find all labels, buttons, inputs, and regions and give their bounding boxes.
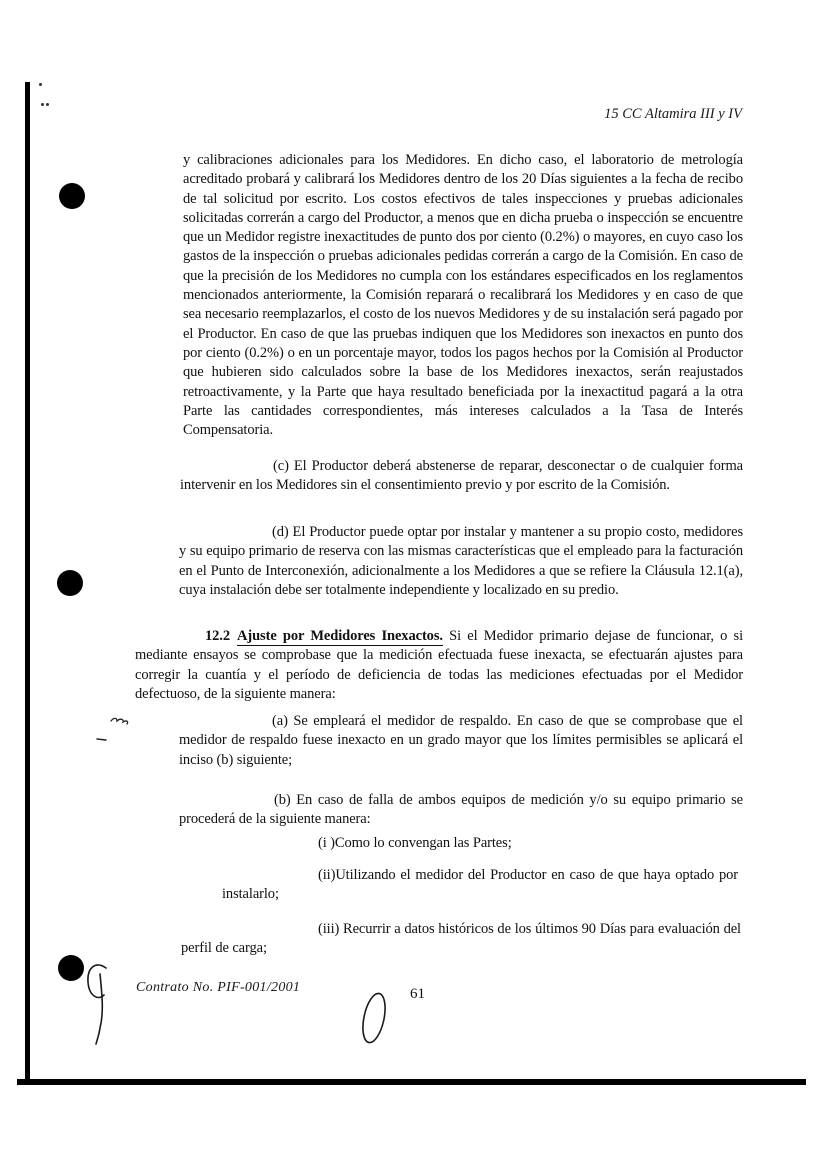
scan-speck [41, 103, 44, 106]
scan-bottom-border-line [17, 1079, 806, 1085]
clause-title: Ajuste por Medidores Inexactos. [237, 628, 443, 646]
paragraph-item-d: (d) El Productor puede optar por instala… [179, 523, 743, 600]
paragraph-item-iii: (iii) Recurrir a datos históricos de los… [181, 920, 741, 959]
handwritten-squiggle-mark [111, 718, 128, 724]
scanned-contract-page: 15 CC Altamira III y IV y calibraciones … [0, 0, 828, 1169]
punch-hole-mark [57, 570, 83, 596]
footer-page-number: 61 [410, 986, 425, 1003]
paragraph-continuation: y calibraciones adicionales para los Med… [183, 151, 743, 440]
handwritten-g-scribble-mark [88, 965, 106, 1044]
footer-contract-number: Contrato No. PIF-001/2001 [136, 980, 300, 996]
paragraph-item-c: (c) El Productor deberá abstenerse de re… [180, 457, 743, 496]
clause-number: 12.2 [205, 628, 230, 644]
clause-12-2-paragraph: 12.2Ajuste por Medidores Inexactos. Si e… [135, 627, 743, 704]
scan-speck [46, 103, 49, 106]
paragraph-item-a: (a) Se empleará el medidor de respaldo. … [179, 712, 743, 770]
scan-left-border-line [25, 82, 30, 1085]
paragraph-item-ii: (ii)Utilizando el medidor del Productor … [222, 866, 738, 905]
handwritten-oval-loop-mark [359, 991, 389, 1044]
punch-hole-mark [58, 955, 84, 981]
punch-hole-mark [59, 183, 85, 209]
scan-speck [39, 83, 42, 86]
paragraph-item-b: (b) En caso de falla de ambos equipos de… [179, 791, 743, 830]
paragraph-item-i: (i )Como lo convengan las Partes; [180, 834, 743, 853]
running-header-title: 15 CC Altamira III y IV [400, 106, 742, 123]
handwritten-dash-mark [97, 739, 106, 740]
